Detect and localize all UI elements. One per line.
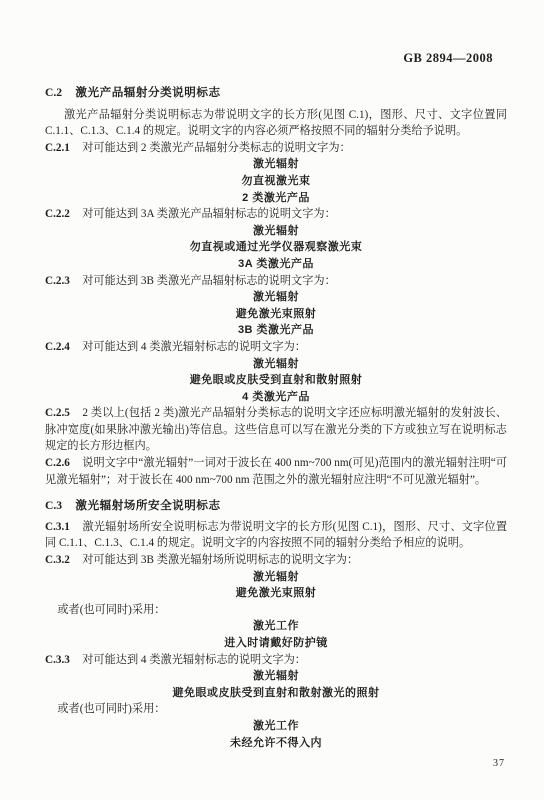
sign-text-line: 勿直视激光束 — [45, 173, 507, 190]
sign-text-line: 激光辐射 — [45, 668, 507, 685]
clause-text: 对可能达到 2 类激光产品辐射分类标志的说明文字为： — [82, 142, 351, 154]
sign-text-line: 未经允许不得入内 — [45, 735, 507, 752]
clause-c2-4: C.2.4 对可能达到 4 类激光辐射标志的说明文字为： — [45, 339, 507, 356]
standard-number: GB 2894—2008 — [403, 51, 493, 66]
clause-text: 说明文字中“激光辐射”一词对于波长在 400 nm~700 nm(可见)范围内的… — [45, 457, 507, 486]
sign-text-line: 激光工作 — [45, 718, 507, 735]
sign-text-line: 3B 类激光产品 — [45, 322, 507, 339]
clause-text: 对可能达到 4 类激光辐射标志的说明文字为： — [82, 654, 306, 666]
section-number: C.3 — [45, 499, 62, 512]
clause-number: C.2.6 — [45, 457, 70, 469]
sign-text-line: 4 类激光产品 — [45, 389, 507, 406]
clause-number: C.2.5 — [45, 407, 70, 419]
page-number: 37 — [493, 758, 505, 769]
section-heading-c2: C.2 激光产品辐射分类说明标志 — [45, 85, 507, 102]
sign-text-line: 避免眼或皮肤受到直射和散射照射 — [45, 372, 507, 389]
sign-text-line: 2 类激光产品 — [45, 190, 507, 207]
clause-c3-2: C.3.2 对可能达到 3B 类激光辐射场所说明标志的说明文字为： — [45, 552, 507, 569]
alternative-label: 或者(也可同时)采用： — [45, 602, 507, 619]
section-heading-c3: C.3 激光辐射场所安全说明标志 — [45, 498, 507, 515]
clause-c3-3: C.3.3 对可能达到 4 类激光辐射标志的说明文字为： — [45, 652, 507, 669]
sign-text-line: 激光工作 — [45, 618, 507, 635]
clause-c2-1: C.2.1 对可能达到 2 类激光产品辐射分类标志的说明文字为： — [45, 140, 507, 157]
sign-text-line: 避免激光束照射 — [45, 306, 507, 323]
section-number: C.2 — [45, 86, 62, 99]
sign-text-line: 避免眼或皮肤受到直射和散射激光的照射 — [45, 685, 507, 702]
clause-text: 2 类以上(包括 2 类)激光产品辐射分类标志的说明文字还应标明激光辐射的发射波… — [45, 407, 507, 452]
clause-number: C.3.2 — [45, 554, 70, 566]
sign-text-line: 激光辐射 — [45, 569, 507, 586]
clause-text: 对可能达到 3B 类激光产品辐射标志的说明文字为： — [82, 275, 336, 287]
clause-number: C.2.2 — [45, 208, 70, 220]
clause-number: C.3.3 — [45, 654, 70, 666]
clause-c2-3: C.2.3 对可能达到 3B 类激光产品辐射标志的说明文字为： — [45, 273, 507, 290]
section-title: 激光产品辐射分类说明标志 — [75, 86, 220, 99]
clause-text: 对可能达到 3A 类激光产品辐射标志的说明文字为： — [82, 208, 336, 220]
clause-number: C.2.1 — [45, 142, 70, 154]
clause-text: 激光辐射场所安全说明标志为带说明文字的长方形(见图 C.1)，图形、尺寸、文字位… — [45, 521, 507, 550]
document-page: GB 2894—2008 C.2 激光产品辐射分类说明标志 激光产品辐射分类说明… — [0, 0, 544, 800]
sign-text-line: 激光辐射 — [45, 156, 507, 173]
sign-text-line: 激光辐射 — [45, 223, 507, 240]
sign-text-line: 3A 类激光产品 — [45, 256, 507, 273]
clause-text: 对可能达到 4 类激光辐射标志的说明文字为： — [82, 341, 306, 353]
clause-number: C.3.1 — [45, 521, 70, 533]
sign-text-line: 激光辐射 — [45, 356, 507, 373]
clause-c2-2: C.2.2 对可能达到 3A 类激光产品辐射标志的说明文字为： — [45, 206, 507, 223]
clause-c2-6: C.2.6 说明文字中“激光辐射”一词对于波长在 400 nm~700 nm(可… — [45, 455, 507, 488]
clause-number: C.2.3 — [45, 275, 70, 287]
clause-c2-5: C.2.5 2 类以上(包括 2 类)激光产品辐射分类标志的说明文字还应标明激光… — [45, 405, 507, 455]
section-title: 激光辐射场所安全说明标志 — [75, 499, 220, 512]
alternative-label: 或者(也可同时)采用： — [45, 701, 507, 718]
page-content: C.2 激光产品辐射分类说明标志 激光产品辐射分类说明标志为带说明文字的长方形(… — [45, 85, 507, 751]
intro-paragraph: 激光产品辐射分类说明标志为带说明文字的长方形(见图 C.1)，图形、尺寸、文字位… — [45, 107, 507, 140]
clause-number: C.2.4 — [45, 341, 70, 353]
sign-text-line: 激光辐射 — [45, 289, 507, 306]
sign-text-line: 进入时请戴好防护镜 — [45, 635, 507, 652]
sign-text-line: 勿直视或通过光学仪器观察激光束 — [45, 239, 507, 256]
sign-text-line: 避免激光束照射 — [45, 585, 507, 602]
clause-text: 对可能达到 3B 类激光辐射场所说明标志的说明文字为： — [82, 554, 358, 566]
clause-c3-1: C.3.1 激光辐射场所安全说明标志为带说明文字的长方形(见图 C.1)，图形、… — [45, 519, 507, 552]
